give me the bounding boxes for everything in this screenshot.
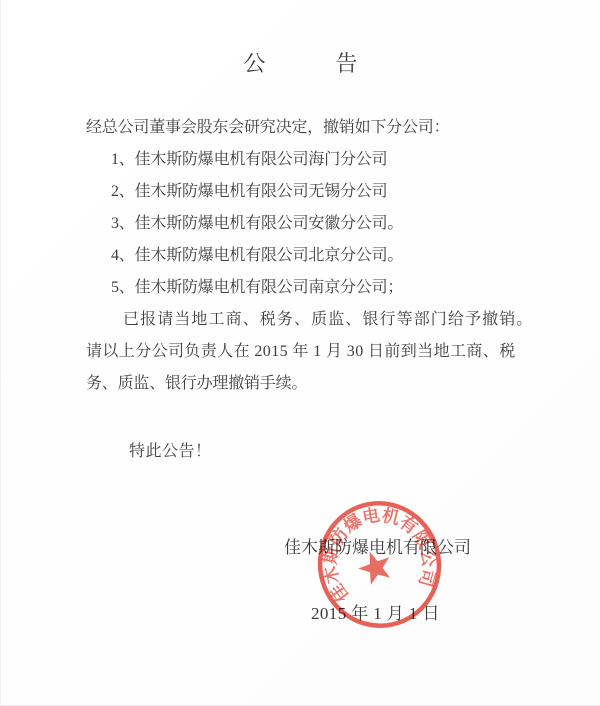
body-line-item-2: 2、佳木斯防爆电机有限公司无锡分公司	[86, 176, 541, 208]
body-line-item-5: 5、佳木斯防爆电机有限公司南京分公司；	[86, 272, 541, 304]
body-line-notice-2: 请以上分公司负责人在 2015 年 1 月 30 日前到当地工商、税	[86, 336, 541, 368]
body-line-item-1: 1、佳木斯防爆电机有限公司海门分公司	[86, 144, 541, 176]
page-title: 公 告	[1, 50, 600, 78]
seal-company-textpath: 佳木斯防爆电机有限公司	[309, 494, 445, 611]
body-line-item-4: 4、佳木斯防爆电机有限公司北京分公司。	[86, 240, 541, 272]
company-seal-stamp: 佳木斯防爆电机有限公司	[302, 488, 457, 641]
closing-statement: 特此公告！	[129, 436, 212, 468]
announcement-page: 公 告 经总公司董事会股东会研究决定，撤销如下分公司： 1、佳木斯防爆电机有限公…	[0, 0, 600, 706]
body-text: 经总公司董事会股东会研究决定，撤销如下分公司： 1、佳木斯防爆电机有限公司海门分…	[86, 112, 541, 400]
body-line-item-3: 3、佳木斯防爆电机有限公司安徽分公司。	[86, 208, 541, 240]
body-line-notice-3: 务、质监、银行办理撤销手续。	[86, 368, 541, 400]
seal-star-icon	[354, 546, 396, 587]
seal-company-text: 佳木斯防爆电机有限公司	[309, 494, 445, 611]
body-line-intro: 经总公司董事会股东会研究决定，撤销如下分公司：	[86, 112, 541, 144]
body-line-notice-1: 已报请当地工商、税务、质监、银行等部门给予撤销。	[86, 304, 541, 336]
